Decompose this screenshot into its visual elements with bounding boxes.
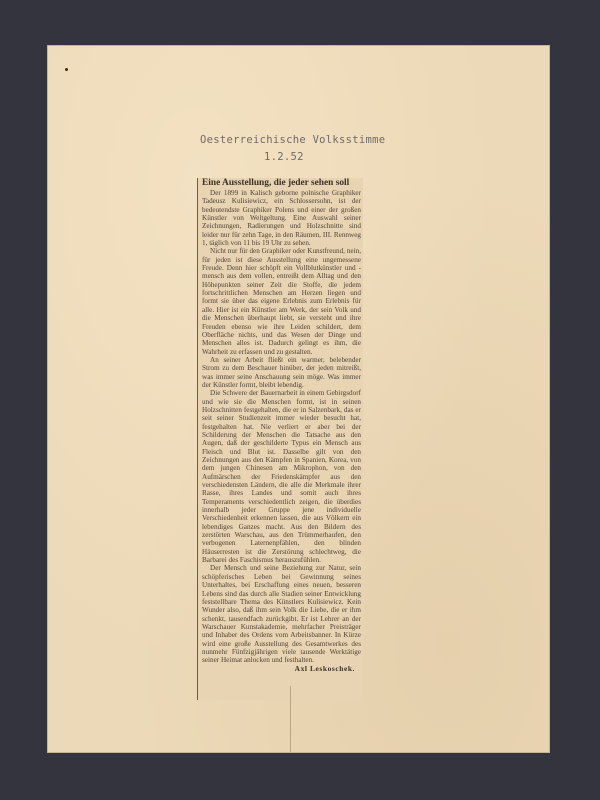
article-paragraph: An seiner Arbeit fließt ein warmer, bele… xyxy=(202,356,361,389)
publication-date: 1.2.52 xyxy=(264,151,430,163)
article-paragraph: Der Mensch und seine Beziehung zur Natur… xyxy=(202,564,361,664)
article-paragraph: Der 1899 in Kalisch geborne polnische Gr… xyxy=(202,189,361,247)
newspaper-clipping: Eine Ausstellung, die jeder sehen soll D… xyxy=(197,178,363,700)
archival-paper-sheet: Oesterreichische Volksstimme 1.2.52 Eine… xyxy=(48,46,549,752)
article-paragraph: Nicht nur für den Graphiker oder Kunstfr… xyxy=(202,247,361,355)
article-paragraph: Die Schwere der Bauernarbeit in einem Ge… xyxy=(202,389,361,564)
newspaper-name: Oesterreichische Volksstimme xyxy=(200,134,430,146)
ink-dot-mark xyxy=(65,68,68,71)
paper-fold-crease xyxy=(290,686,291,752)
article-author: Axl Leskoschek. xyxy=(295,665,355,673)
article-signature-row: Axl Leskoschek. xyxy=(202,665,361,673)
typed-source-header: Oesterreichische Volksstimme 1.2.52 xyxy=(200,134,430,163)
article-headline: Eine Ausstellung, die jeder sehen soll xyxy=(202,178,361,189)
